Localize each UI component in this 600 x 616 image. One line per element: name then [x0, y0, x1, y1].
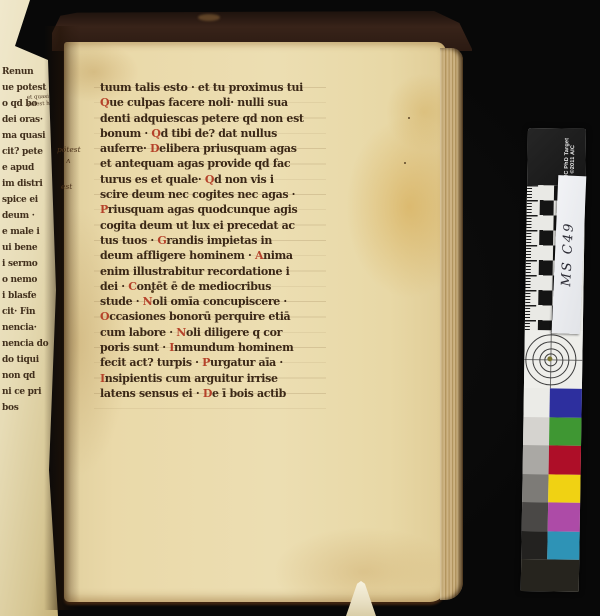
ink-text: oli omīa concupiscere ·: [152, 295, 287, 308]
ink-text: enim illustrabitur recordatione i: [100, 265, 289, 278]
left-page-tiny-marginal-note: et quasi potest hoc: [27, 93, 62, 108]
manuscript-text-line: et antequam agas provide qd fac: [100, 156, 322, 171]
manuscript-text-line: bonum · Qd tibi de? dat nullus: [100, 126, 322, 141]
patch-rows: [521, 388, 582, 560]
manuscript-text-line: Occasiones bonorū perquire etiā: [100, 309, 322, 324]
ink-text: turus es et quale·: [100, 173, 205, 186]
left-page-line: im distri: [2, 176, 52, 192]
manuscript-text-line: enim illustrabitur recordatione i: [100, 264, 322, 279]
ink-text: auferre·: [100, 142, 150, 155]
left-page-edge: Renunue potesto qd bodei oras·ma quasici…: [0, 0, 62, 616]
patch-row: [523, 445, 581, 474]
ink-speck: [151, 290, 154, 293]
manuscript-text-line: stude · Noli omīa concupiscere ·: [100, 294, 322, 309]
color-patch: [549, 388, 581, 417]
manuscript-text-line: dei · Contēt ē de mediocribus: [100, 279, 322, 294]
rubricated-initial: C: [128, 280, 136, 293]
focus-rings-target: [524, 330, 583, 389]
left-page-line: e apud: [2, 160, 52, 176]
focus-center-dot: [547, 356, 552, 361]
ink-text: d non vis i: [214, 173, 274, 186]
ink-text: e ī bois actib: [212, 387, 286, 400]
margin-note-est-text: est: [61, 182, 72, 191]
manuscript-text-line: Insipientis cum arguitur irrise: [100, 371, 322, 386]
manuscript-text-line: cogita deum ut lux ei precedat ac: [100, 218, 322, 233]
left-page-line: ni ce pri: [2, 384, 52, 400]
ink-text: dei ·: [100, 280, 128, 293]
ink-speck: [404, 162, 406, 164]
left-page-line: ui bene: [2, 240, 52, 256]
left-page-line: cit· Fin: [2, 304, 52, 320]
margin-note-potest: pötest: [57, 146, 81, 153]
cover-wear-spot: [198, 14, 220, 21]
manuscript-photo-scene: Renunue potesto qd bodei oras·ma quasici…: [0, 0, 600, 616]
patch-row: [522, 502, 580, 531]
rubricated-initial: N: [176, 326, 186, 339]
rubricated-initial: N: [143, 295, 153, 308]
text-block: tuum talis esto · et tu proximus tuiQue …: [100, 80, 322, 401]
gray-step-patch: [522, 502, 548, 531]
ink-text: et antequam agas provide qd fac: [100, 157, 290, 170]
gray-step-patch: [523, 416, 549, 445]
ink-text: riusquam agas quodcunque agis: [108, 203, 297, 216]
ink-text: poris sunt ·: [100, 341, 169, 354]
left-page-line: Renun: [2, 64, 52, 80]
ink-text: tuum talis esto · et tu proximus tui: [100, 81, 303, 94]
manuscript-text-line: scire deum nec cogites nec agas ·: [100, 187, 322, 202]
gray-step-patch: [522, 473, 548, 502]
left-page-line: nencia do: [2, 336, 52, 352]
rubricated-initial: P: [202, 356, 210, 369]
ink-text: fecit act? turpis ·: [100, 356, 202, 369]
rubricated-initial: Q: [100, 96, 109, 109]
manuscript-text-line: Priusquam agas quodcunque agis: [100, 202, 322, 217]
left-page-text: Renunue potesto qd bodei oras·ma quasici…: [2, 64, 52, 416]
ink-text: deum affligere hominem ·: [100, 249, 255, 262]
margin-note-potest-text: pötest: [57, 145, 81, 154]
color-patch: [548, 474, 580, 503]
margin-note-est: est: [61, 183, 72, 190]
color-calibration-target: AIC PhD Target ©2011 AIC MS C49: [521, 128, 586, 592]
ink-text: ccasiones bonorū perquire etiā: [109, 310, 290, 323]
ink-text: denti adquiescas petere qd non est: [100, 112, 304, 125]
patch-row: [522, 473, 580, 502]
color-patch: [549, 445, 581, 474]
manuscript-text-line: tuum talis esto · et tu proximus tui: [100, 80, 322, 95]
tiny-note-line: potest hoc: [27, 100, 61, 108]
ink-text: elibera priusquam agas: [159, 142, 296, 155]
color-patch: [548, 502, 580, 531]
ink-text: nmundum hominem: [174, 341, 293, 354]
rubricated-initial: P: [100, 203, 108, 216]
ink-text: tus tuos ·: [100, 234, 157, 247]
manuscript-text-line: turus es et quale· Qd non vis i: [100, 172, 322, 187]
rubricated-initial: Q: [205, 173, 214, 186]
ink-text: oli diligere q cor: [186, 326, 282, 339]
ink-text: ue culpas facere noli· nulli sua: [109, 96, 288, 109]
gray-step-patch: [523, 388, 549, 417]
rubricated-initial: O: [100, 310, 109, 323]
ink-text: randis impietas in: [166, 234, 272, 247]
ink-text: scire deum nec cogites nec agas ·: [100, 188, 295, 201]
rubricated-initial: D: [150, 142, 159, 155]
ink-text: cogita deum ut lux ei precedat ac: [100, 219, 295, 232]
ink-text: nsipientis cum arguitur irrise: [105, 372, 278, 385]
margin-caret: ʌ: [66, 157, 70, 164]
manuscript-text-line: latens sensus ei · De ī bois actib: [100, 386, 322, 401]
manuscript-text-line: poris sunt · Inmundum hominem: [100, 340, 322, 355]
handwritten-shelfmark: MS C49: [558, 184, 581, 325]
patch-row: [523, 416, 581, 445]
rubricated-initial: D: [203, 387, 212, 400]
ink-text: urgatur aīa ·: [210, 356, 283, 369]
left-page-line: non qd: [2, 368, 52, 384]
left-page-line: do tiqui: [2, 352, 52, 368]
left-page-line: nencia·: [2, 320, 52, 336]
rubricated-initial: Q: [151, 127, 160, 140]
manuscript-text-line: auferre· Delibera priusquam agas: [100, 141, 322, 156]
ink-text: latens sensus ei ·: [100, 387, 203, 400]
left-page-line: spice ei: [2, 192, 52, 208]
left-page-line: o nemo: [2, 272, 52, 288]
ink-text: ontēt ē de mediocribus: [137, 280, 271, 293]
ink-text: stude ·: [100, 295, 143, 308]
manuscript-text-line: deum affligere hominem · Anima: [100, 248, 322, 263]
gray-step-patch: [523, 445, 549, 474]
ink-text: d tibi de? dat nullus: [161, 127, 277, 140]
ink-text: bonum ·: [100, 127, 151, 140]
left-page-line: i blasfe: [2, 288, 52, 304]
ink-text: nima: [263, 249, 293, 262]
left-page-line: i sermo: [2, 256, 52, 272]
left-page-line: e male i: [2, 224, 52, 240]
color-patch: [547, 531, 579, 560]
manuscript-text-line: cum labore · Noli diligere q cor: [100, 325, 322, 340]
manuscript-text-line: tus tuos · Grandis impietas in: [100, 233, 322, 248]
ink-text: cum labore ·: [100, 326, 176, 339]
patch-row: [523, 388, 581, 417]
left-page-line: bos: [2, 400, 52, 416]
rubricated-initial: A: [255, 249, 263, 262]
patch-row: [521, 530, 579, 559]
page-stack-fore-edge: [440, 48, 463, 600]
left-page-line: cit? pete: [2, 144, 52, 160]
margin-caret-glyph: ʌ: [66, 156, 70, 165]
gray-step-patch: [521, 530, 547, 559]
bottom-dark-patch: [521, 559, 579, 592]
left-page-line: deum ·: [2, 208, 52, 224]
left-page-line: ma quasi: [2, 128, 52, 144]
left-page-line: dei oras·: [2, 112, 52, 128]
ink-speck: [408, 117, 410, 119]
color-patch: [549, 417, 581, 446]
manuscript-text-line: Que culpas facere noli· nulli sua: [100, 95, 322, 110]
manuscript-text-line: denti adquiescas petere qd non est: [100, 111, 322, 126]
manuscript-text-line: fecit act? turpis · Purgatur aīa ·: [100, 355, 322, 370]
